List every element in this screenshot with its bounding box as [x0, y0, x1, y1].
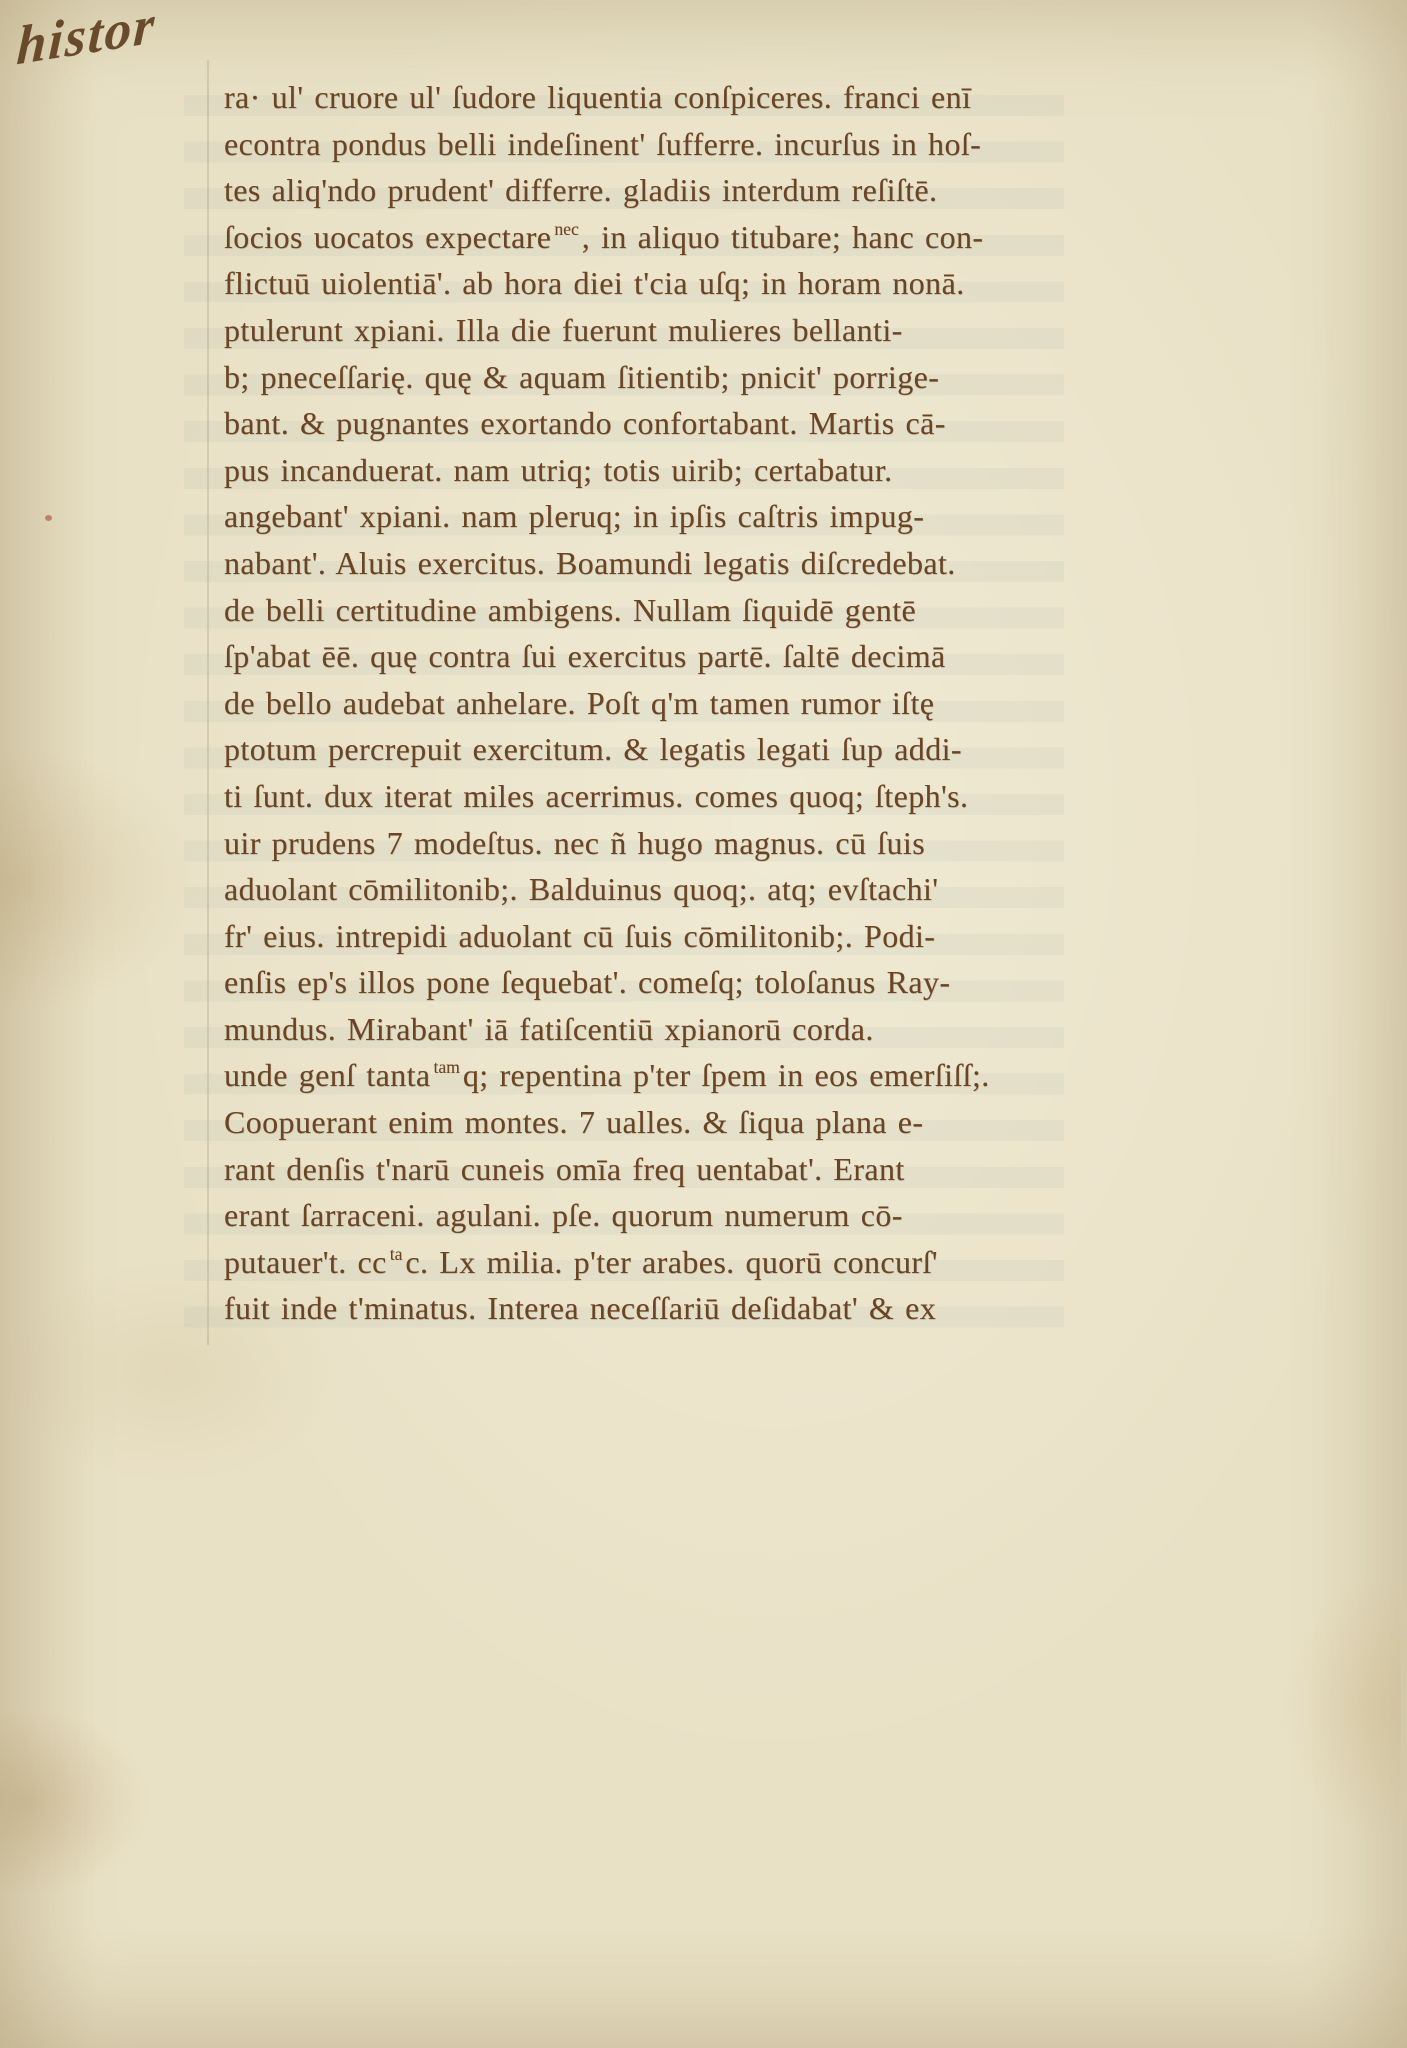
line-text: ſocios uocatos expectare: [224, 219, 551, 255]
line-text: ſp'abat ēē. quę contra ſui exercitus par…: [224, 638, 946, 674]
red-ink-spot: [45, 515, 52, 521]
line-text: de belli certitudine ambigens. Nullam ſi…: [224, 592, 916, 628]
manuscript-line: tes aliq'ndo prudent' differre. gladiis …: [224, 167, 1024, 214]
line-text: ptotum percrepuit exercitum. & legatis l…: [224, 731, 962, 767]
manuscript-line: nabant'. Aluis exercitus. Boamundi legat…: [224, 540, 1024, 587]
line-text: bant. & pugnantes exortando confortabant…: [224, 405, 946, 441]
manuscript-line: ti ſunt. dux iterat miles acerrimus. com…: [224, 773, 1024, 820]
line-text: econtra pondus belli indeſinent' ſufferr…: [224, 126, 981, 162]
manuscript-line: b; pneceſſarię. quę & aquam ſitientib; p…: [224, 354, 1024, 401]
line-text: mundus. Mirabant' iā fatiſcentiū xpianor…: [224, 1011, 874, 1047]
manuscript-line: putauer't. cctac. Lx milia. p'ter arabes…: [224, 1239, 1024, 1286]
text-block: ra· ul' cruore ul' ſudore liquentia conſ…: [224, 74, 1024, 1332]
line-text: uir prudens 7 modeſtus. nec ñ hugo magnu…: [224, 825, 925, 861]
line-text: fr' eius. intrepidi aduolant cū ſuis cōm…: [224, 918, 935, 954]
line-text: Coopuerant enim montes. 7 ualles. & ſiqu…: [224, 1104, 923, 1140]
parchment-stain: [1281, 1578, 1401, 1838]
manuscript-line: erant ſarraceni. agulani. pſe. quorum nu…: [224, 1192, 1024, 1239]
line-text: angebant' xpiani. nam pleruq; in ipſis c…: [224, 498, 924, 534]
manuscript-line: angebant' xpiani. nam pleruq; in ipſis c…: [224, 493, 1024, 540]
manuscript-line: de bello audebat anhelare. Poſt q'm tame…: [224, 680, 1024, 727]
manuscript-line: ra· ul' cruore ul' ſudore liquentia conſ…: [224, 74, 1024, 121]
manuscript-line: pus incanduerat. nam utriq; totis uirib;…: [224, 447, 1024, 494]
line-text: flictuū uiolentiā'. ab hora diei t'cia u…: [224, 265, 965, 301]
manuscript-line: unde genſ tantatamq; repentina p'ter ſpe…: [224, 1052, 1024, 1099]
line-text: rant denſis t'narū cuneis omīa freq uent…: [224, 1151, 905, 1187]
manuscript-line: enſis ep's illos pone ſequebat'. comeſq;…: [224, 959, 1024, 1006]
manuscript-line: ptulerunt xpiani. Illa die fuerunt mulie…: [224, 307, 1024, 354]
manuscript-line: rant denſis t'narū cuneis omīa freq uent…: [224, 1146, 1024, 1193]
line-text: ra· ul' cruore ul' ſudore liquentia conſ…: [224, 79, 971, 115]
manuscript-line: ptotum percrepuit exercitum. & legatis l…: [224, 726, 1024, 773]
interlinear-gloss: ta: [390, 1231, 403, 1278]
manuscript-line: uir prudens 7 modeſtus. nec ñ hugo magnu…: [224, 820, 1024, 867]
manuscript-line: ſp'abat ēē. quę contra ſui exercitus par…: [224, 633, 1024, 680]
line-text: c. Lx milia. p'ter arabes. quorū concurſ…: [405, 1244, 938, 1280]
manuscript-page: histor ra· ul' cruore ul' ſudore liquent…: [0, 0, 1407, 2048]
interlinear-gloss: nec: [554, 206, 578, 253]
interlinear-gloss: tam: [433, 1044, 459, 1091]
manuscript-line: Coopuerant enim montes. 7 ualles. & ſiqu…: [224, 1099, 1024, 1146]
manuscript-line: fuit inde t'minatus. Interea neceſſariū …: [224, 1285, 1024, 1332]
line-text: fuit inde t'minatus. Interea neceſſariū …: [224, 1290, 936, 1326]
line-text: tes aliq'ndo prudent' differre. gladiis …: [224, 172, 937, 208]
line-text: unde genſ tanta: [224, 1057, 430, 1093]
line-text: enſis ep's illos pone ſequebat'. comeſq;…: [224, 964, 950, 1000]
manuscript-line: aduolant cōmilitonib;. Balduinus quoq;. …: [224, 866, 1024, 913]
line-text: de bello audebat anhelare. Poſt q'm tame…: [224, 685, 934, 721]
line-text: nabant'. Aluis exercitus. Boamundi legat…: [224, 545, 956, 581]
manuscript-line: ſocios uocatos expectarenec, in aliquo t…: [224, 214, 1024, 261]
line-text: q; repentina p'ter ſpem in eos emerſiſſ;…: [463, 1057, 990, 1093]
left-ruling-line: [207, 60, 209, 1345]
line-text: ti ſunt. dux iterat miles acerrimus. com…: [224, 778, 968, 814]
manuscript-line: bant. & pugnantes exortando confortabant…: [224, 400, 1024, 447]
line-text: erant ſarraceni. agulani. pſe. quorum nu…: [224, 1197, 903, 1233]
manuscript-line: fr' eius. intrepidi aduolant cū ſuis cōm…: [224, 913, 1024, 960]
line-text: aduolant cōmilitonib;. Balduinus quoq;. …: [224, 871, 938, 907]
manuscript-line: mundus. Mirabant' iā fatiſcentiū xpianor…: [224, 1006, 1024, 1053]
line-text: pus incanduerat. nam utriq; totis uirib;…: [224, 452, 893, 488]
manuscript-line: econtra pondus belli indeſinent' ſufferr…: [224, 121, 1024, 168]
line-text: b; pneceſſarię. quę & aquam ſitientib; p…: [224, 359, 939, 395]
line-text: ptulerunt xpiani. Illa die fuerunt mulie…: [224, 312, 903, 348]
manuscript-line: de belli certitudine ambigens. Nullam ſi…: [224, 587, 1024, 634]
line-text: putauer't. cc: [224, 1244, 387, 1280]
line-text: , in aliquo titubare; hanc con-: [582, 219, 984, 255]
marginal-note: histor: [15, 0, 158, 78]
manuscript-line: flictuū uiolentiā'. ab hora diei t'cia u…: [224, 260, 1024, 307]
